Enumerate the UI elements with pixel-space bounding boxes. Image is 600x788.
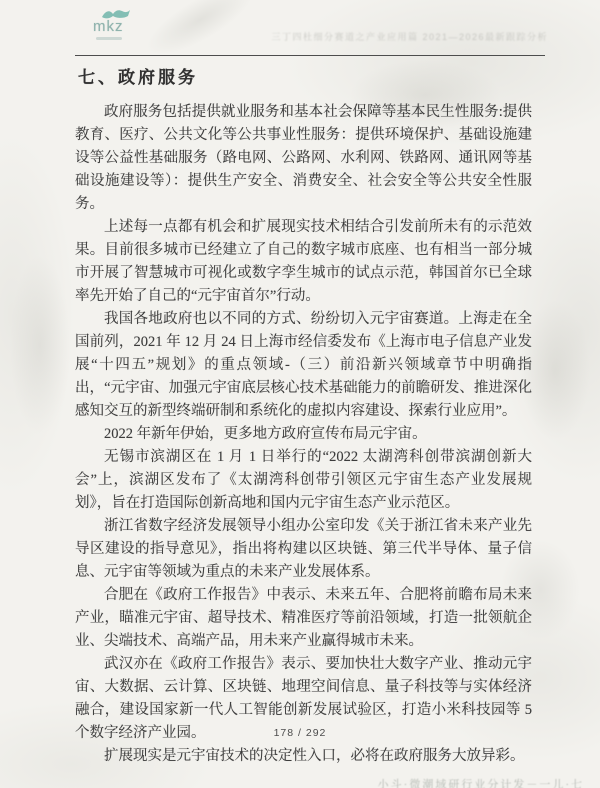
page-number: 178 / 292 <box>0 727 600 739</box>
header-watermark-text: 三丁四杜细分赛道之产业应用篇 2021—2026最新跟踪分析 <box>271 30 548 43</box>
logo-tagline <box>96 37 122 40</box>
paragraph: 扩展现实是元宇宙技术的决定性入口，必将在政府服务大放异彩。 <box>75 745 532 768</box>
company-logo: mkz <box>93 8 131 40</box>
paragraph: 我国各地政府也以不同的方式、纷纷切入元宇宙赛道。上海走在全国前列，2021 年 … <box>75 308 532 423</box>
scan-noise <box>10 255 70 435</box>
paragraph: 政府服务包括提供就业服务和基本社会保障等基本民生性服务:提供教育、医疗、公共文化… <box>75 101 532 216</box>
corner-watermark-text: 小斗·微潮域研行业分计发－一儿·七 <box>378 776 584 788</box>
document-body: 政府服务包括提供就业服务和基本社会保障等基本民生性服务:提供教育、医疗、公共文化… <box>75 101 532 768</box>
scan-noise <box>138 0 262 67</box>
header-divider <box>75 55 545 56</box>
paragraph: 无锡市滨湖区在 1 月 1 日举行的“2022 太湖湾科创带滨湖创新大会”上，滨… <box>75 446 532 515</box>
paragraph: 上述每一点都有机会和扩展现实技术相结合引发前所未有的示范效果。目前很多城市已经建… <box>75 216 532 308</box>
paragraph: 2022 年新年伊始，更多地方政府宣传布局元宇宙。 <box>75 423 532 446</box>
paragraph: 浙江省数字经济发展领导小组办公室印发《关于浙江省未来产业先导区建设的指导意见》，… <box>75 515 532 584</box>
paragraph: 合肥在《政府工作报告》中表示、未来五年、合肥将前瞻布局未来产业，瞄准元宇宙、超导… <box>75 584 532 653</box>
section-title: 七、政府服务 <box>78 63 198 88</box>
scanned-document-page: mkz 三丁四杜细分赛道之产业应用篇 2021—2026最新跟踪分析 七、政府服… <box>0 0 600 788</box>
logo-text: mkz <box>93 20 131 34</box>
